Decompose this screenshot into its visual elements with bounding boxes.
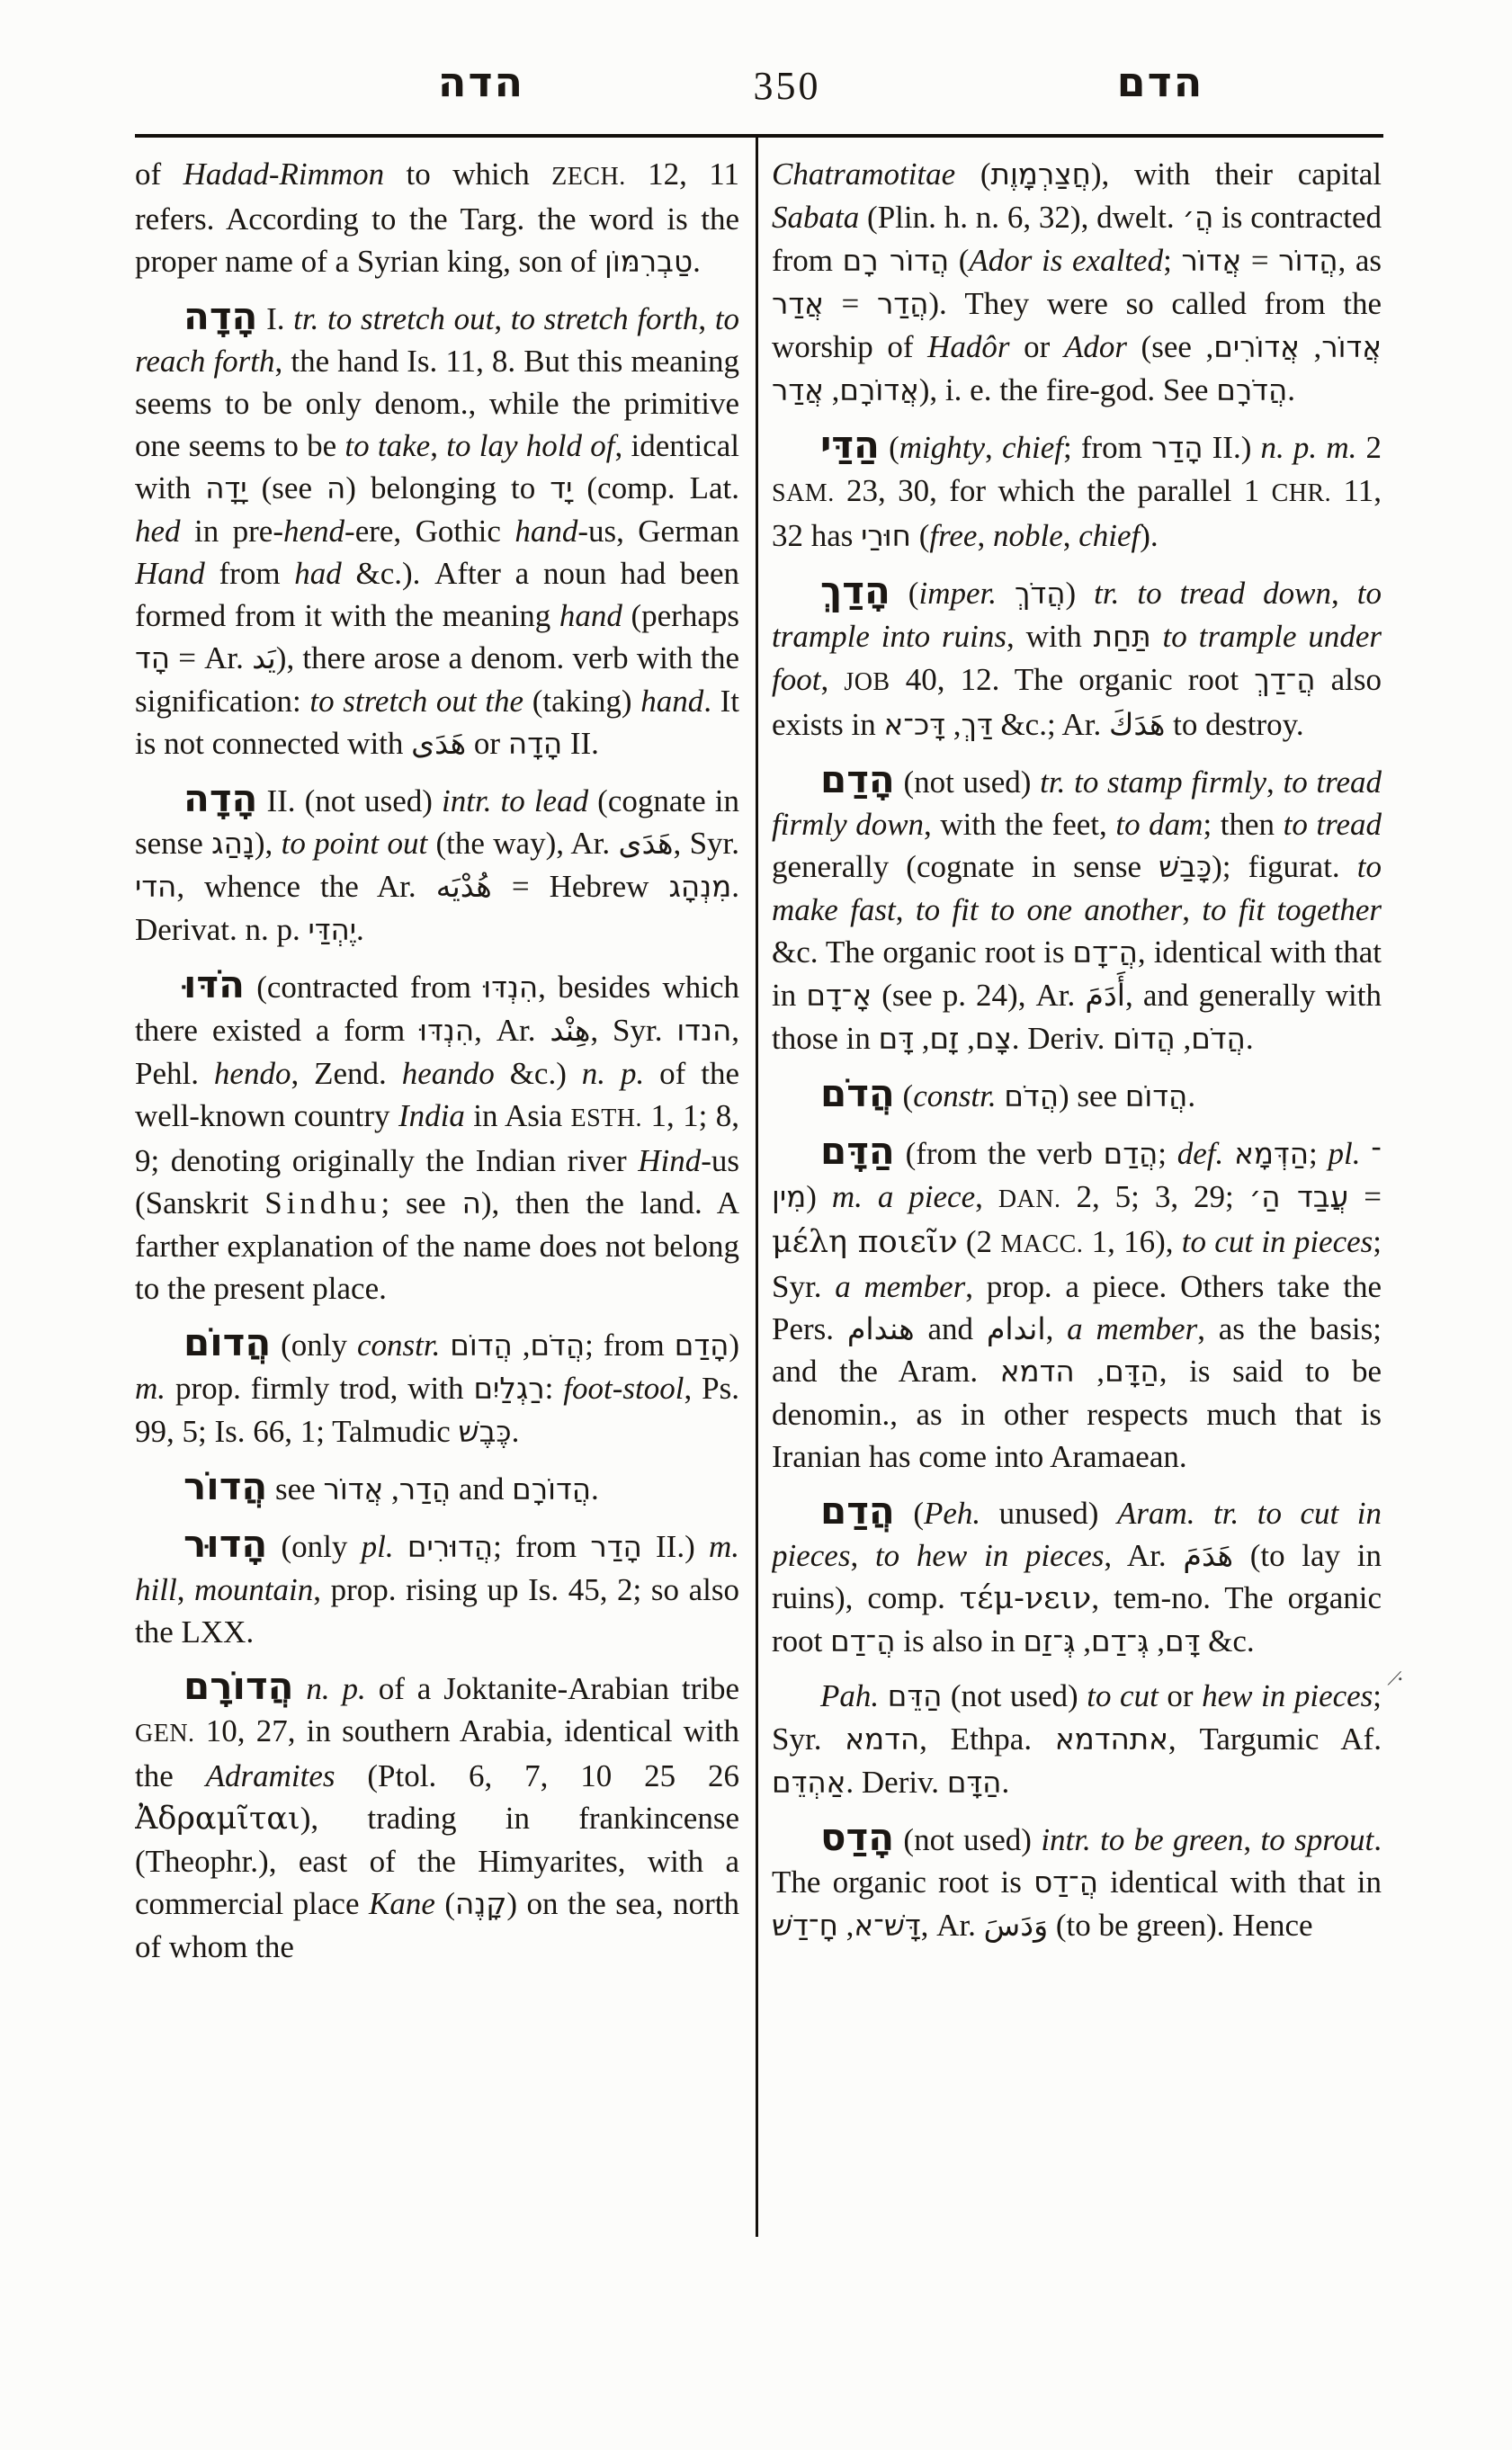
right-catchword: הדם [1102, 58, 1219, 106]
entry-hadas-green: הָדַס (not used) intr. to be green, to s… [772, 1816, 1382, 1947]
entry-hadah-I: הָדָה I. tr. to stretch out, to stretch … [135, 295, 739, 765]
cross-ref-hador: הֲדוֹר see הֲדַר, אֲדוֹר and הֲדוֹרָם. [135, 1465, 739, 1511]
entry-hadday: הַדַּי (mighty, chief; from הָדַר II.) n… [772, 424, 1382, 558]
dictionary-page: הדה 350 הדם of Hadad-Rimmon to which Zec… [0, 0, 1512, 2450]
left-catchword: הדה [423, 58, 540, 106]
left-column: of Hadad-Rimmon to which Zech. 12, 11 re… [135, 153, 739, 2311]
continuation-chatramotitae: Chatramotitae (חֲצַרְמָוֶת), with their … [772, 153, 1382, 412]
entry-hadom-footstool: הֲדוֹם (only constr. הֲדֹם, הֲדוֹם; from… [135, 1321, 739, 1453]
entry-hadur-hill: הָדוּר (only pl. הֲדוּרִים; from הָדַר I… [135, 1523, 739, 1653]
cross-ref-hadom: הֲדֹם (constr. הֲדֹם) see הֲדוֹם. [772, 1072, 1382, 1118]
entry-hadah-II: הָדָה II. (not used) intr. to lead (cogn… [135, 777, 739, 952]
entry-haddam-piece: הַדָּם (from the verb הֲדַם; def. הַדְּמ… [772, 1130, 1382, 1478]
column-divider [756, 136, 758, 2237]
page-number: 350 [729, 63, 845, 109]
right-column: Chatramotitae (חֲצַרְמָוֶת), with their … [772, 153, 1382, 2311]
entry-hadakh-tread-down: הָדַךְ (imper. הֲדֹךְ) tr. to tread down… [772, 569, 1382, 747]
entry-hoddu-india: הֹדּוּ (contracted from הִנְדּוּ, beside… [135, 963, 739, 1310]
scan-margin-mark: ∕· [1391, 1665, 1406, 1694]
entry-hadoram-tribe: הֲדוֹרָם n. p. of a Joktanite-Arabian tr… [135, 1665, 739, 1968]
continuation-hadad-rimmon: of Hadad-Rimmon to which Zech. 12, 11 re… [135, 153, 739, 283]
header-rule [135, 134, 1383, 138]
paragraph-pah-haddem: Pah. הַדֵּם (not used) to cut or hew in … [772, 1675, 1382, 1804]
entry-hadam-stamp: הָדַם (not used) tr. to stamp firmly, to… [772, 758, 1382, 1060]
entry-hadam-aramaic: הֲדַם (Peh. unused) Aram. tr. to cut in … [772, 1489, 1382, 1663]
